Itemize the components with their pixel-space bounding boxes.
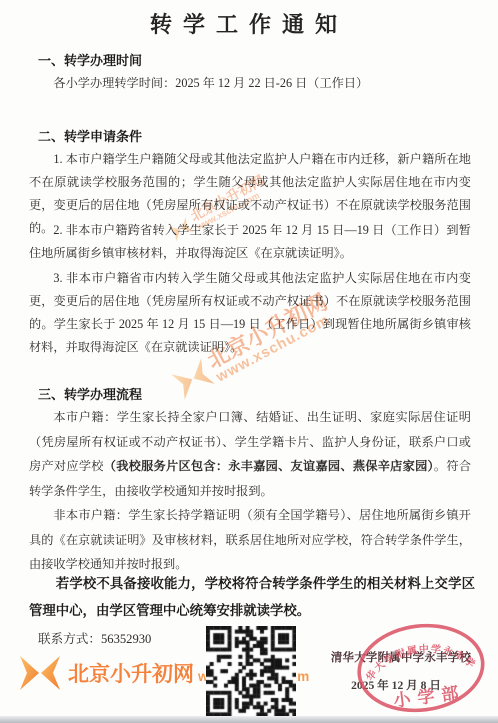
brand-site-name: 北京小升初网 [68,663,194,686]
section2-para3: 3. 非本市户籍省市内转入学生随父母或其他法定监护人实际居住地在市内变更，变更后… [29,267,471,359]
scan-edge-shadow [0,716,498,723]
contact-line: 联系方式：56352930 [38,628,151,647]
section3-para2: 非本市户籍：学生家长持学籍证明（须有全国学籍号）、居住地所属街乡镇开具的《在京就… [29,503,471,577]
xschu-logo-icon [20,653,60,693]
document-page: 北京小升初网 www.xschu.com 北京小升初网 www.xschu.co… [0,0,498,723]
doc-title: 转学工作通知 [0,8,498,39]
xschu-logo-icon [170,356,216,402]
stamp-center-text: 小学部 [392,682,466,711]
section3-para3-bold: 若学校不具备接收能力，学校将符合转学条件学生的相关材料上交学区管理中心，由学区管… [29,570,475,624]
qr-code [206,626,296,716]
section1-heading: 一、转学办理时间 [38,50,142,69]
section3-para1: 本市户籍：学生家长持全家户口簿、结婚证、出生证明、家庭实际居住证明（凭房屋所有权… [29,405,471,503]
contact-label: 联系方式： [38,632,101,646]
section1-line: 各小学办理转学时间：2025 年 12 月 22 日-26 日（工作日） [29,72,471,95]
section2-para2: 2. 非本市户籍跨省转入学生家长于 2025 年 12 月 15 日—19 日（… [29,219,471,265]
section2-heading: 二、转学申请条件 [38,126,142,145]
school-stamp: 清华大学附属中学永丰学校 小学部 [344,609,497,723]
section3-heading: 三、转学办理流程 [38,384,142,403]
para1-bold-service-area: （我校服务片区包含：永丰嘉园、友谊嘉园、燕保辛店家园） [104,459,434,473]
contact-phone: 56352930 [101,632,151,646]
